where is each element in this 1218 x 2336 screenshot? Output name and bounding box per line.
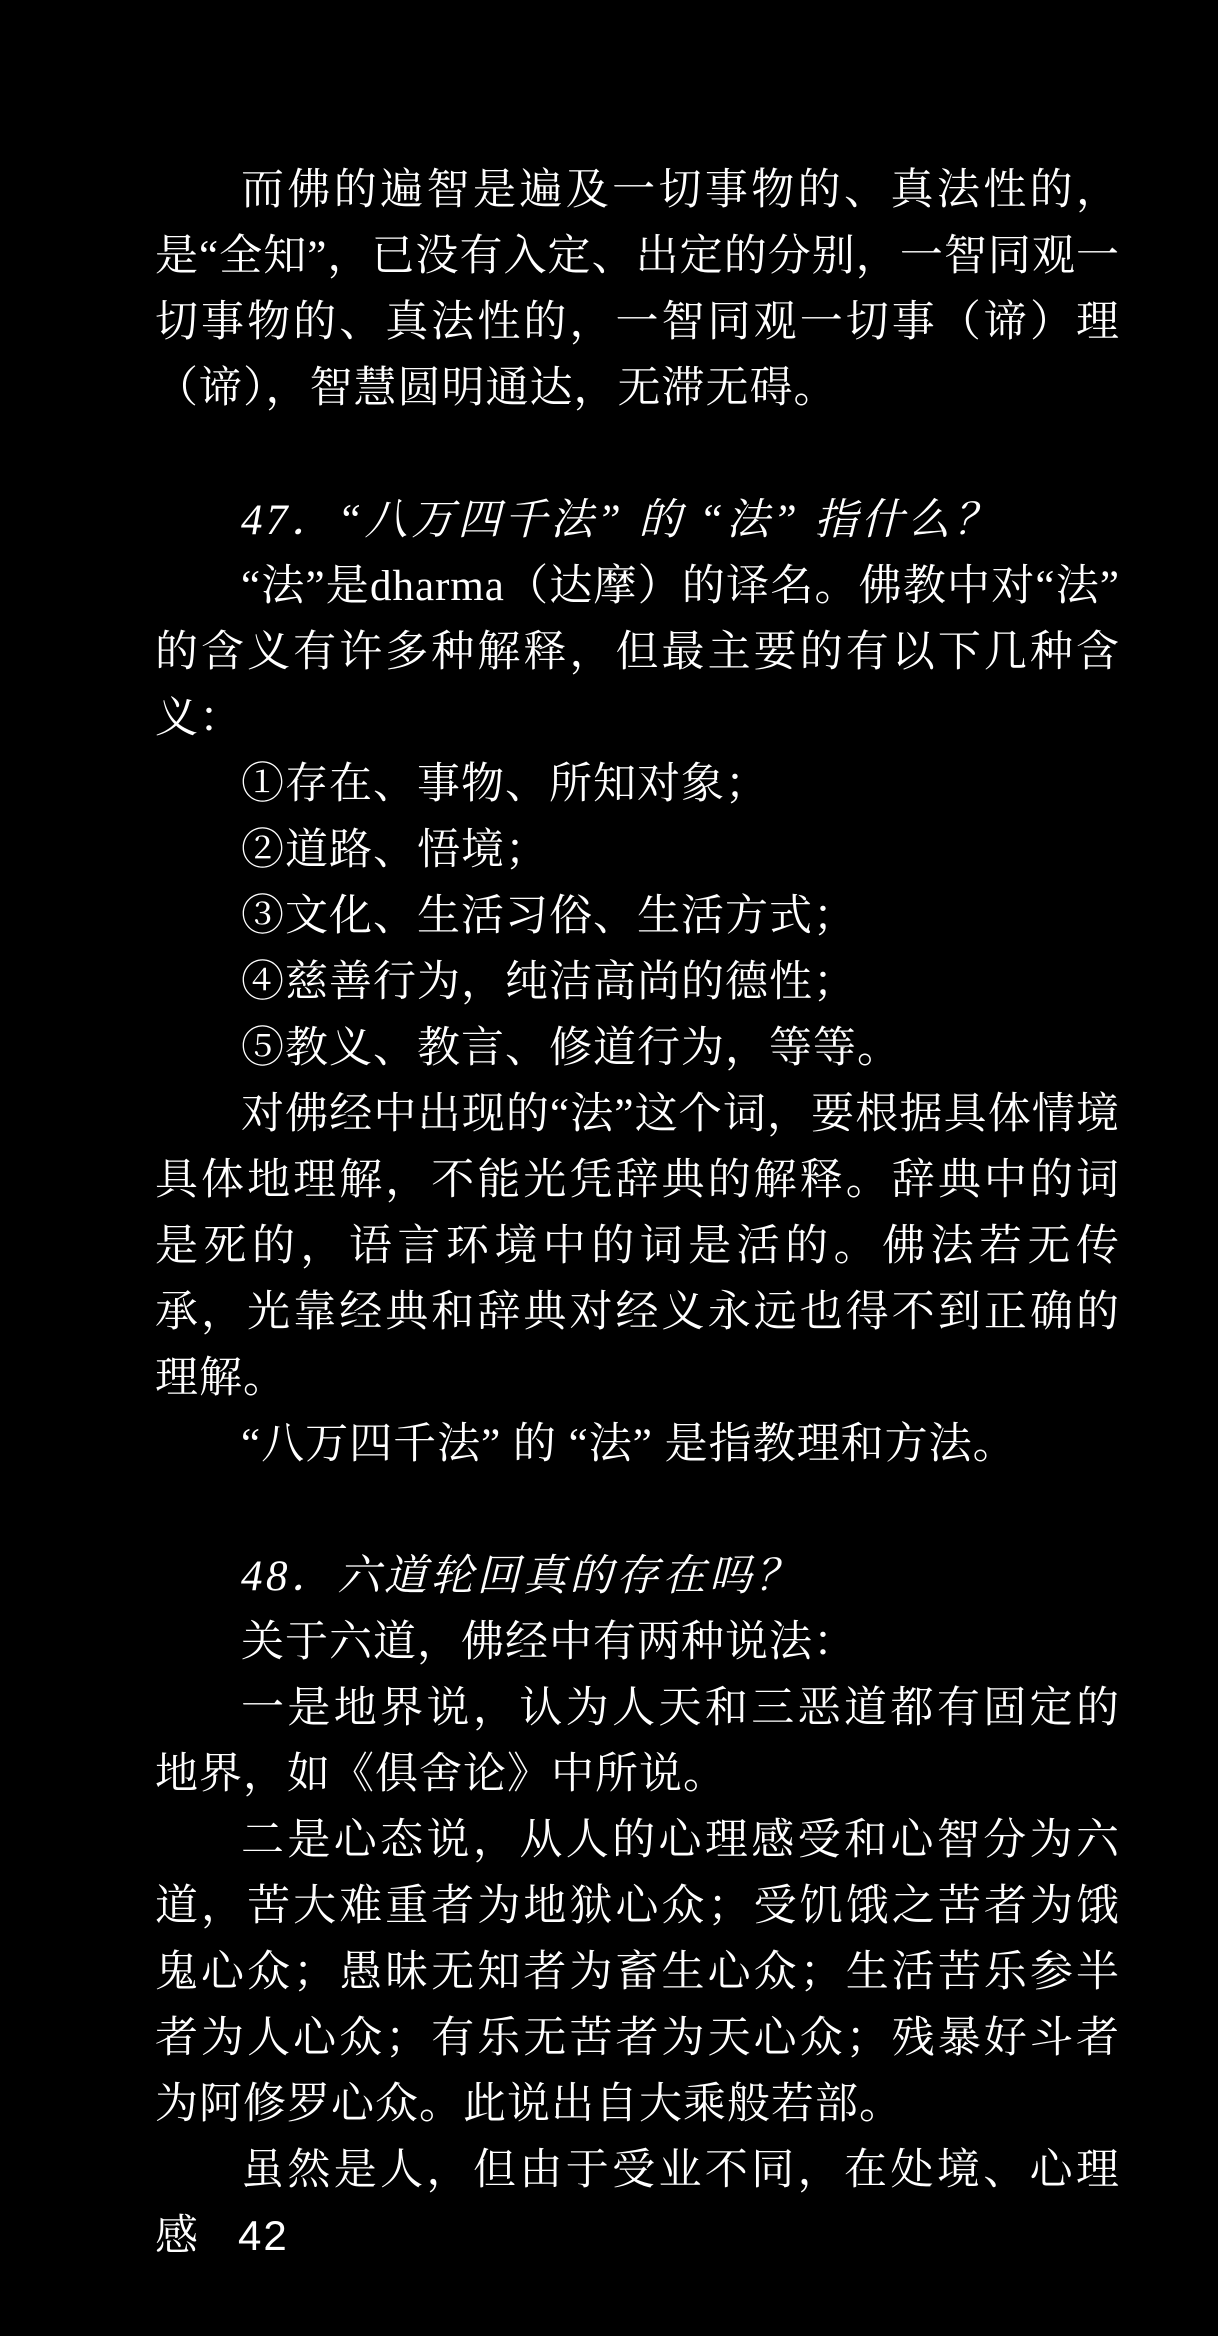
list-item-4: ④慈善行为，纯洁高尚的德性； [155,950,1120,1016]
section-48-paragraph-1: 关于六道，佛经中有两种说法： [155,1610,1120,1676]
book-page: 而佛的遍智是遍及一切事物的、真法性的，是“全知”，已没有入定、出定的分别，一智同… [0,0,1218,2336]
section-48-paragraph-4: 虽然是人，但由于受业不同，在处境、心理感 [155,2138,1120,2270]
list-item-3: ③文化、生活习俗、生活方式； [155,884,1120,950]
page-number: 42 [238,2212,289,2260]
section-47-explanation-paragraph: 对佛经中出现的“法”这个词，要根据具体情境具体地理解，不能光凭辞典的解释。辞典中… [155,1082,1120,1412]
list-item-1: ①存在、事物、所知对象； [155,752,1120,818]
section-48-paragraph-3: 二是心态说，从人的心理感受和心智分为六道，苦大难重者为地狱心众；受饥饿之苦者为饿… [155,1808,1120,2138]
section-48-heading: 48．六道轮回真的存在吗？ [155,1544,1120,1610]
list-item-2: ②道路、悟境； [155,818,1120,884]
list-item-5: ⑤教义、教言、修道行为，等等。 [155,1016,1120,1082]
section-48-paragraph-2: 一是地界说，认为人天和三恶道都有固定的地界，如《俱舍论》中所说。 [155,1676,1120,1808]
section-47-heading: 47．“八万四千法” 的 “法” 指什么？ [155,488,1120,554]
paragraph-buddha-omniscience: 而佛的遍智是遍及一切事物的、真法性的，是“全知”，已没有入定、出定的分别，一智同… [155,158,1120,422]
text-column: 而佛的遍智是遍及一切事物的、真法性的，是“全知”，已没有入定、出定的分别，一智同… [155,158,1120,2270]
section-47-intro-paragraph: “法”是dharma（达摩）的译名。佛教中对“法”的含义有许多种解释，但最主要的… [155,554,1120,752]
section-47-conclusion-paragraph: “八万四千法” 的 “法” 是指教理和方法。 [155,1412,1120,1478]
